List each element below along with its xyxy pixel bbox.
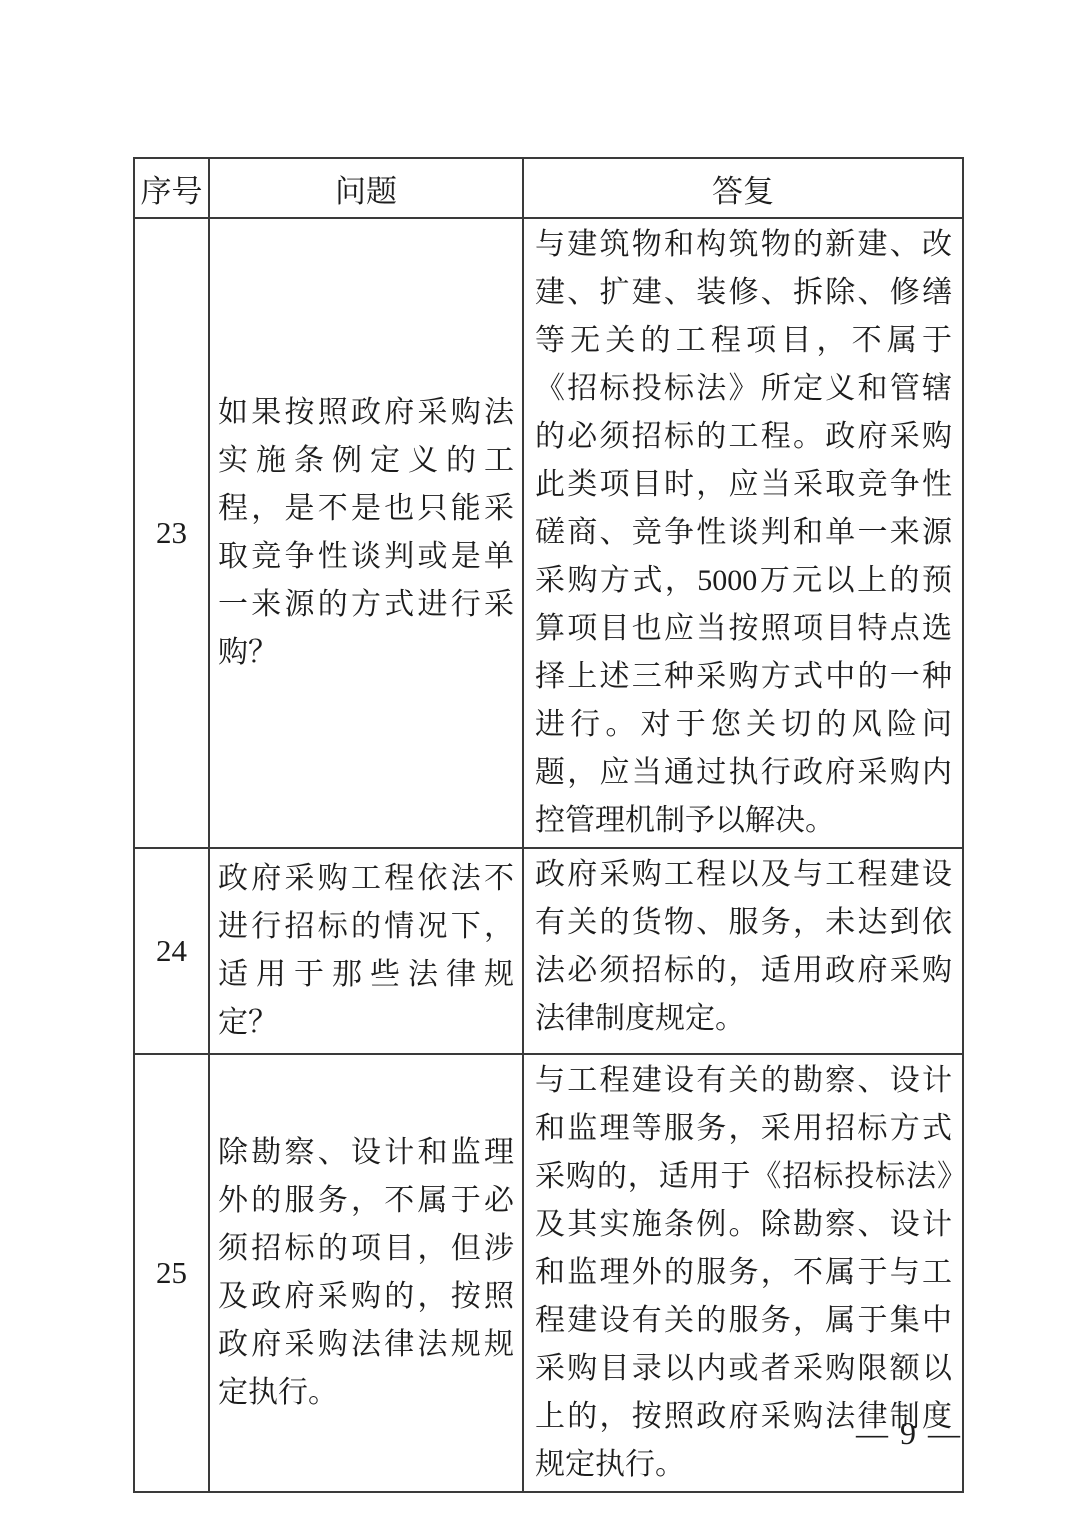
header-cell-answer: 答复 — [523, 158, 963, 218]
header-cell-question: 问题 — [209, 158, 523, 218]
table-row: 25 除勘察、设计和监理外的服务，不属于必须招标的项目，但涉及政府采购的，按照政… — [134, 1054, 963, 1492]
row-answer: 与建筑物和构筑物的新建、改建、扩建、装修、拆除、修缮等无关的工程项目，不属于《招… — [523, 218, 963, 848]
row-index: 24 — [134, 848, 209, 1054]
document-page: 序号 问题 答复 23 如果按照政府采购法实施条例定义的工程，是不是也只能采取竞… — [0, 0, 1092, 1535]
table-header-row: 序号 问题 答复 — [134, 158, 963, 218]
table-row: 23 如果按照政府采购法实施条例定义的工程，是不是也只能采取竞争性谈判或是单一来… — [134, 218, 963, 848]
row-question: 如果按照政府采购法实施条例定义的工程，是不是也只能采取竞争性谈判或是单一来源的方… — [209, 218, 523, 848]
row-index: 25 — [134, 1054, 209, 1492]
row-question: 政府采购工程依法不进行招标的情况下，适用于那些法律规定？ — [209, 848, 523, 1054]
row-index: 23 — [134, 218, 209, 848]
row-answer: 政府采购工程以及与工程建设有关的货物、服务，未达到依法必须招标的，适用政府采购法… — [523, 848, 963, 1054]
page-number: — 9 — — [856, 1413, 962, 1453]
qa-table: 序号 问题 答复 23 如果按照政府采购法实施条例定义的工程，是不是也只能采取竞… — [133, 157, 964, 1493]
header-cell-index: 序号 — [134, 158, 209, 218]
table-row: 24 政府采购工程依法不进行招标的情况下，适用于那些法律规定？ 政府采购工程以及… — [134, 848, 963, 1054]
row-question: 除勘察、设计和监理外的服务，不属于必须招标的项目，但涉及政府采购的，按照政府采购… — [209, 1054, 523, 1492]
